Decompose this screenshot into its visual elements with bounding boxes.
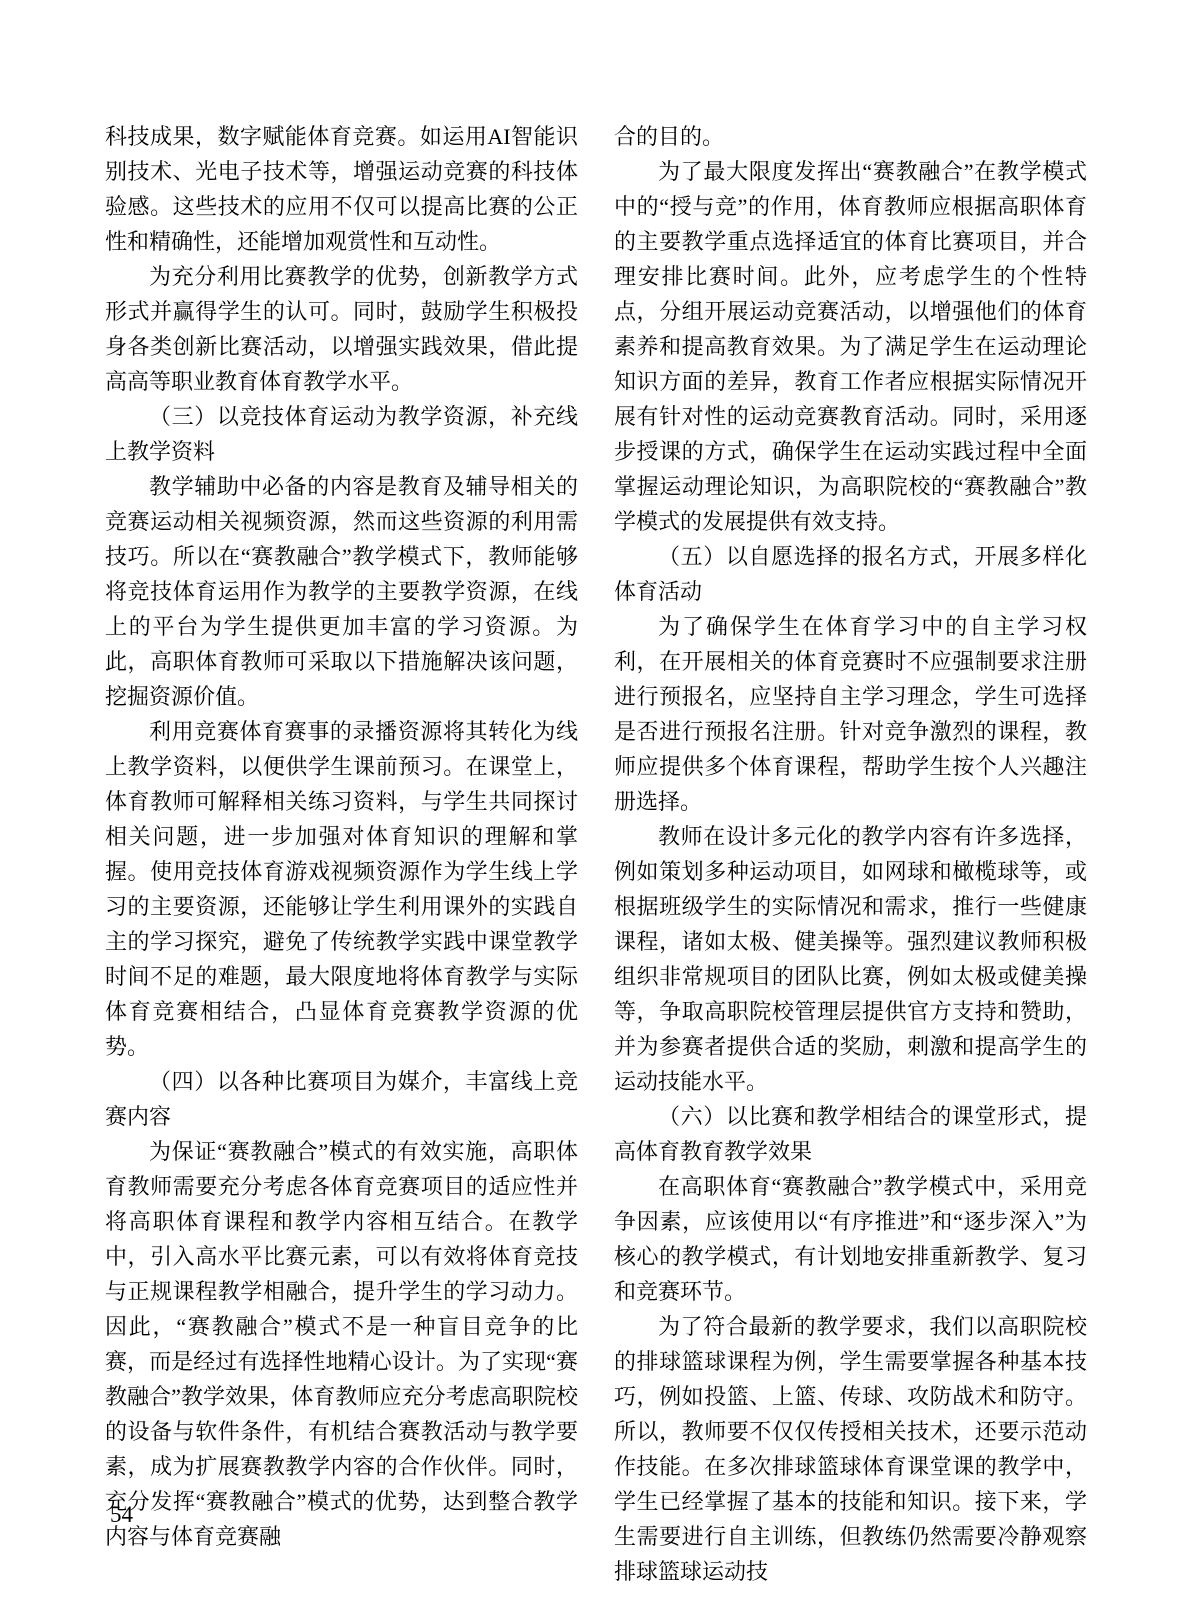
paragraph: 为保证“赛教融合”模式的有效实施，高职体育教师需要充分考虑各体育竞赛项目的适应性… <box>105 1134 578 1554</box>
paragraph: 教学辅助中必备的内容是教育及辅导相关的竞赛运动相关视频资源，然而这些资源的利用需… <box>105 469 578 714</box>
paragraph: 科技成果，数字赋能体育竞赛。如运用AI智能识别技术、光电子技术等，增强运动竞赛的… <box>105 119 578 259</box>
text-column-left: 科技成果，数字赋能体育竞赛。如运用AI智能识别技术、光电子技术等，增强运动竞赛的… <box>105 119 578 1589</box>
paragraph: 为了最大限度发挥出“赛教融合”在教学模式中的“授与竞”的作用，体育教师应根据高职… <box>614 154 1087 539</box>
paragraph: 教师在设计多元化的教学内容有许多选择，例如策划多种运动项目，如网球和橄榄球等，或… <box>614 819 1087 1099</box>
section-heading: （六）以比赛和教学相结合的课堂形式，提高体育教育教学效果 <box>614 1099 1087 1169</box>
section-heading: （五）以自愿选择的报名方式，开展多样化体育活动 <box>614 539 1087 609</box>
text-column-right: 合的目的。 为了最大限度发挥出“赛教融合”在教学模式中的“授与竞”的作用，体育教… <box>614 119 1087 1589</box>
page-number: 54 <box>110 1500 133 1530</box>
paragraph: 在高职体育“赛教融合”教学模式中，采用竞争因素，应该使用以“有序推进”和“逐步深… <box>614 1169 1087 1309</box>
paragraph: 为了确保学生在体育学习中的自主学习权利，在开展相关的体育竞赛时不应强制要求注册进… <box>614 609 1087 819</box>
paragraph: 为了符合最新的教学要求，我们以高职院校的排球篮球课程为例，学生需要掌握各种基本技… <box>614 1309 1087 1589</box>
paragraph: 利用竞赛体育赛事的录播资源将其转化为线上教学资料，以便供学生课前预习。在课堂上，… <box>105 714 578 1064</box>
section-heading: （四）以各种比赛项目为媒介，丰富线上竞赛内容 <box>105 1064 578 1134</box>
paragraph: 合的目的。 <box>614 119 1087 154</box>
section-heading: （三）以竞技体育运动为教学资源，补充线上教学资料 <box>105 399 578 469</box>
page-body: 科技成果，数字赋能体育竞赛。如运用AI智能识别技术、光电子技术等，增强运动竞赛的… <box>105 119 1087 1589</box>
paragraph: 为充分利用比赛教学的优势，创新教学方式形式并赢得学生的认可。同时，鼓励学生积极投… <box>105 259 578 399</box>
paper-page: 科技成果，数字赋能体育竞赛。如运用AI智能识别技术、光电子技术等，增强运动竞赛的… <box>0 0 1191 1616</box>
